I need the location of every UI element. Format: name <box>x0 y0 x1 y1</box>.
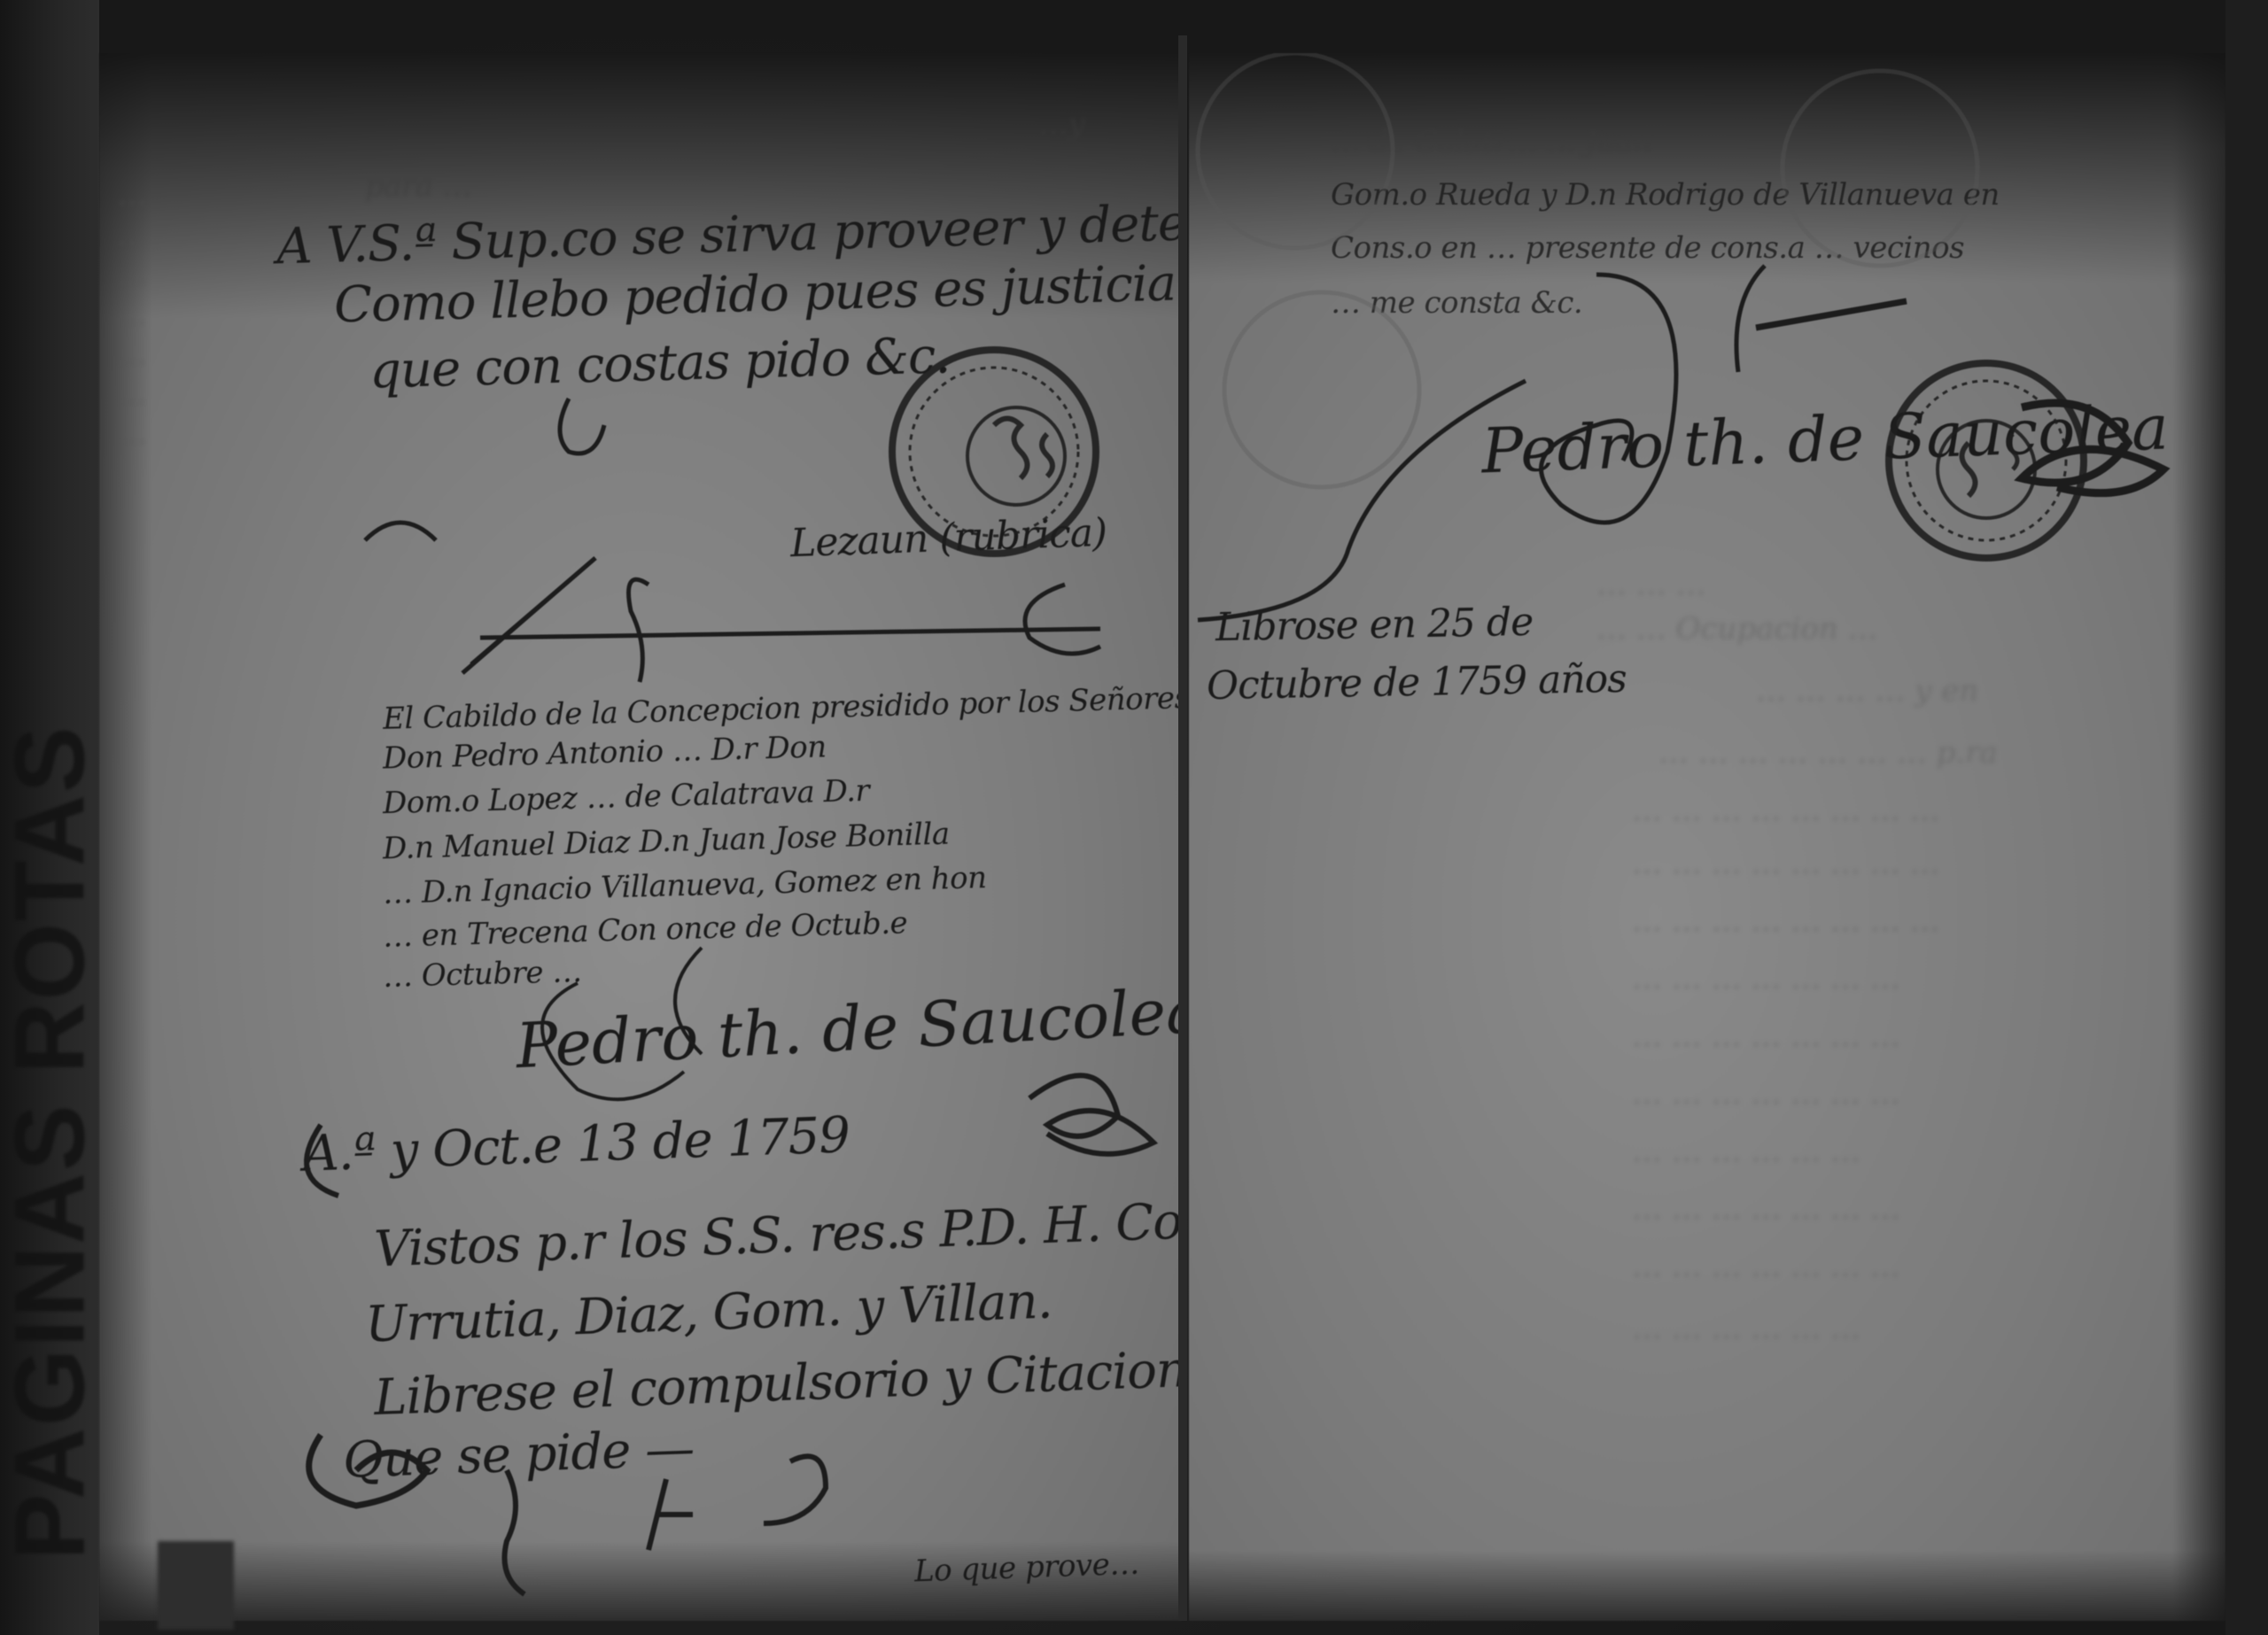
auto-line: Vistos p.r los S.S. res.s P.D. H. Corder… <box>373 1188 1182 1278</box>
bleed-through-line: … … … … … … … <box>1632 1076 1900 1112</box>
top-line: … me consta &c. <box>1331 285 1582 321</box>
signature-saucolea: Pedro th. de Saucolea <box>1480 391 2170 487</box>
margin-note: … <box>117 376 147 412</box>
margin-note: … <box>117 416 147 452</box>
bleed-through-line: … … … <box>1596 567 1706 602</box>
petition-line: para … <box>365 168 471 204</box>
margin-note: … <box>117 177 147 213</box>
left-page: … … … … … … … …y para … A V.S.ª Sup.co s… <box>99 53 1182 1621</box>
bleed-through-line: … … … … … … … … <box>1632 793 1940 828</box>
margin-note: … <box>117 337 147 372</box>
decree-line: … D.n Ignacio Villanueva, Gomez en hon <box>383 860 987 911</box>
decree-line: … Octubre … <box>383 954 583 995</box>
petition-line: que con costas pido &c. <box>369 327 951 399</box>
top-line: Cons.o en … presente de cons.a … vecinos <box>1331 230 1964 266</box>
bleed-through-line: … … … … … … … p.ra <box>1658 735 1998 771</box>
decree-line: Dom.o Lopez … de Calatrava D.r <box>383 773 870 821</box>
bleed-through-line: … … … … y en <box>1756 673 1978 709</box>
note-line: Octubre de 1759 años <box>1207 656 1627 709</box>
bleed-through-line: … … … … … … … … <box>1632 903 1940 939</box>
bleed-through-line: … … … … … … <box>1632 1134 1860 1169</box>
auto-line: Urrutia, Diaz, Gom. y Villan. <box>364 1272 1052 1353</box>
bleed-through-line: … … … … … … … … <box>1632 846 1940 881</box>
top-line: … de Calatr… … Juan <box>1331 124 1652 159</box>
decree-line: D.n Manuel Diaz D.n Juan Jose Bonilla <box>383 817 950 867</box>
bleed-through-line: … … Ocupacion … <box>1596 611 1878 647</box>
catchword: Lo que prove… <box>913 1546 1139 1590</box>
film-mark <box>158 1541 234 1630</box>
top-fragment: …y <box>1038 106 1084 142</box>
bleed-through-line: … … … … … … … <box>1632 961 1900 996</box>
decree-line: El Cabildo de la Concepcion presidido po… <box>383 680 1182 737</box>
signature-lezaun: Lezaun (rubrica) <box>789 510 1107 566</box>
top-line: Gom.o Rueda y D.n Rodrigo de Villanueva … <box>1331 177 2000 213</box>
auto-line: Librese el compulsorio y Citacion <box>373 1341 1182 1427</box>
bleed-through-line: … … … … … … … <box>1632 1019 1900 1054</box>
margin-note: … <box>117 297 147 332</box>
decree-line: Don Pedro Antonio … D.r Don <box>383 729 827 776</box>
bleed-through-line: … … … … … … … <box>1632 1249 1900 1284</box>
margin-note: … <box>117 217 147 252</box>
side-strip: PAGINAS ROTAS <box>0 0 99 1635</box>
bleed-through-line: … … … … … … … <box>1632 1191 1900 1227</box>
margin-note: … <box>117 257 147 292</box>
auto-line: A.ª y Oct.e 13 de 1759 <box>302 1106 850 1182</box>
auto-line: Que se pide — <box>342 1420 695 1490</box>
signature-saucolea: Pedro th. de Saucolea <box>514 974 1182 1082</box>
bleed-through-line: … … … … … … <box>1632 1311 1860 1346</box>
side-label-paginas-rotas: PAGINAS ROTAS <box>0 725 107 1561</box>
film-edge-right <box>2225 0 2268 1635</box>
note-line: Librose en 25 de <box>1216 600 1534 650</box>
right-page: … de Calatr… … Juan Gom.o Rueda y D.n Ro… <box>1189 53 2225 1621</box>
page-gutter <box>1178 35 1187 1621</box>
decree-line: … en Trecena Con once de Octub.e <box>383 905 908 954</box>
